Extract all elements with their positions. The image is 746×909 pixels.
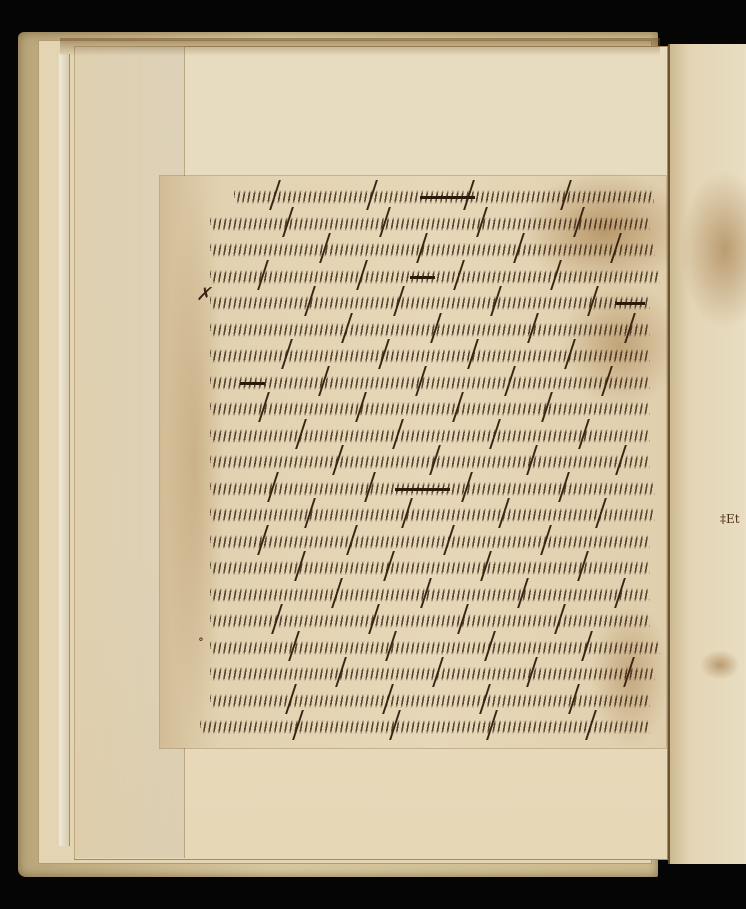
handwriting-strokes bbox=[210, 641, 660, 655]
handwriting-strokes bbox=[200, 720, 650, 734]
manuscript-line bbox=[210, 608, 670, 635]
manuscript-line bbox=[210, 502, 670, 529]
manuscript-line bbox=[210, 476, 670, 503]
handwriting-strokes bbox=[210, 323, 650, 337]
manuscript-line bbox=[210, 529, 670, 556]
manuscript-line bbox=[210, 661, 670, 688]
margin-mark-circle: ∘ bbox=[198, 632, 204, 646]
manuscript-line bbox=[210, 184, 670, 211]
handwriting-strokes bbox=[210, 270, 660, 284]
manuscript-line bbox=[210, 317, 670, 344]
struck-out-word bbox=[615, 302, 645, 305]
struck-out-word bbox=[395, 488, 450, 491]
handwriting-strokes bbox=[210, 694, 650, 708]
struck-out-word bbox=[410, 276, 435, 279]
manuscript-line bbox=[210, 688, 670, 715]
image-description: Open bound volume showing a handwritten … bbox=[0, 0, 1, 1]
manuscript-line bbox=[210, 714, 670, 741]
manuscript-line bbox=[210, 264, 670, 291]
handwriting-strokes bbox=[210, 349, 650, 363]
water-stain bbox=[700, 650, 740, 680]
manuscript-line bbox=[210, 635, 670, 662]
handwritten-text bbox=[210, 184, 670, 741]
manuscript-line bbox=[210, 396, 670, 423]
handwriting-strokes bbox=[210, 667, 655, 681]
facing-page bbox=[668, 44, 746, 864]
leaf-edge bbox=[59, 54, 70, 846]
struck-out-word bbox=[420, 196, 475, 199]
handwriting-strokes bbox=[210, 508, 655, 522]
manuscript-line bbox=[210, 237, 670, 264]
manuscript-line bbox=[210, 555, 670, 582]
handwriting-strokes bbox=[210, 296, 650, 310]
handwriting-strokes bbox=[210, 402, 650, 416]
handwriting-strokes bbox=[210, 455, 650, 469]
manuscript-line bbox=[210, 211, 670, 238]
top-edge-stain bbox=[60, 38, 660, 56]
manuscript-line bbox=[210, 582, 670, 609]
handwriting-strokes bbox=[210, 243, 655, 257]
manuscript-line bbox=[210, 370, 670, 397]
manuscript-line bbox=[210, 343, 670, 370]
handwriting-strokes bbox=[210, 588, 650, 602]
handwriting-strokes bbox=[210, 535, 650, 549]
handwriting-strokes bbox=[210, 376, 650, 390]
handwriting-strokes bbox=[210, 217, 650, 231]
struck-out-word bbox=[240, 382, 265, 385]
margin-mark-cross: ✗ bbox=[196, 284, 211, 305]
facing-page-annotation: ‡Et bbox=[720, 512, 740, 526]
